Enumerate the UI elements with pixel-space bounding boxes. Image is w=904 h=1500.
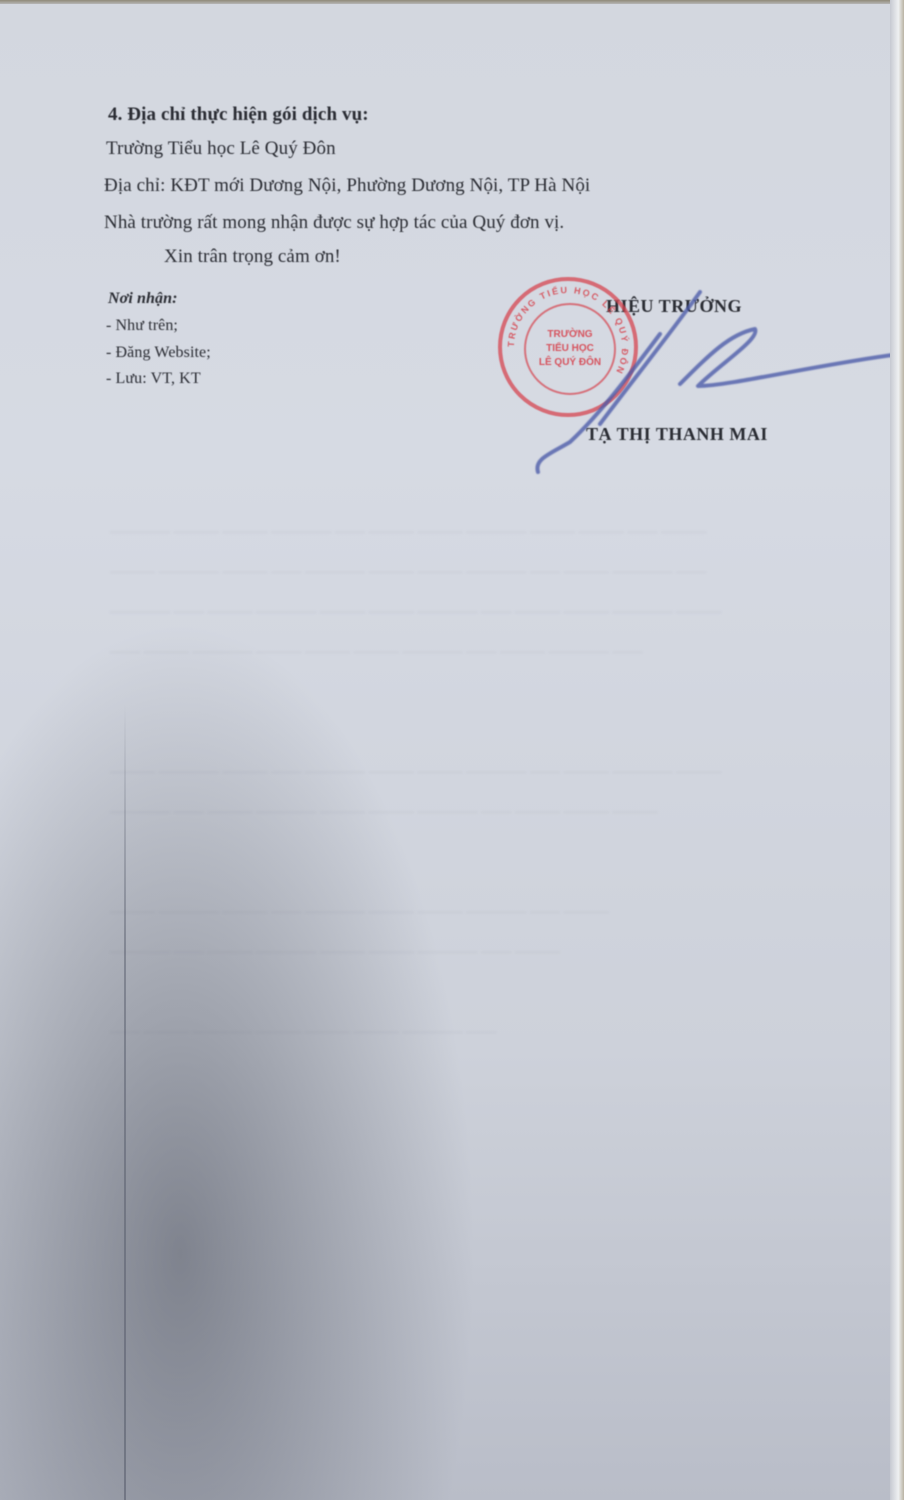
- show-through-text: ———— —— ——— ———— ——— ——— ———— —— ———: [110, 944, 560, 961]
- paper-fold-line: [124, 704, 126, 1500]
- paper-right-edge: [890, 0, 904, 1500]
- show-through-text: —— ——— ———— ——— ——— ——— ———— —— ——— ————…: [110, 644, 643, 661]
- show-through-text: ——— ———— ——— —— ———— ——— ——— ———— —— ———…: [110, 764, 721, 781]
- recipient-item: - Như trên;: [106, 317, 178, 335]
- document-page: ———— ——— ——— ———— —— ——— ——— ———— ——— ——…: [0, 4, 892, 1500]
- section-heading: 4. Địa chỉ thực hiện gói dịch vụ:: [108, 104, 369, 126]
- handwritten-signature: [530, 274, 904, 484]
- thanks-line: Xin trân trọng cảm ơn!: [164, 246, 341, 268]
- show-through-text: ———— —— ——— ———— ——— ——— ———— —— ——— ———…: [110, 604, 721, 621]
- show-through-text: ———— ——— ——— ———— —— ——— ——— ———— ——— ——…: [110, 524, 706, 541]
- school-name: Trường Tiểu học Lê Quý Đôn: [106, 138, 336, 160]
- show-through-text: ——— ———— ——— —— ———— ——— ——— ———— —— ———…: [110, 564, 706, 581]
- show-through-text: ———— —— ——— ———— ——— ——— ———— —— ——— ———…: [110, 804, 658, 821]
- address-line: Địa chỉ: KĐT mới Dương Nội, Phường Dương…: [104, 175, 590, 197]
- show-through-text: —— ——— ———— ——— ——— ——— ———— ——: [110, 1024, 496, 1041]
- show-through-text: ——— ———— ——— —— ———— ——— ——— ———— —— ———: [110, 904, 609, 921]
- recipient-item: - Lưu: VT, KT: [106, 370, 201, 388]
- closing-line: Nhà trường rất mong nhận được sự hợp tác…: [104, 212, 564, 234]
- recipient-item: - Đăng Website;: [106, 344, 211, 362]
- recipients-label: Nơi nhận:: [108, 290, 178, 308]
